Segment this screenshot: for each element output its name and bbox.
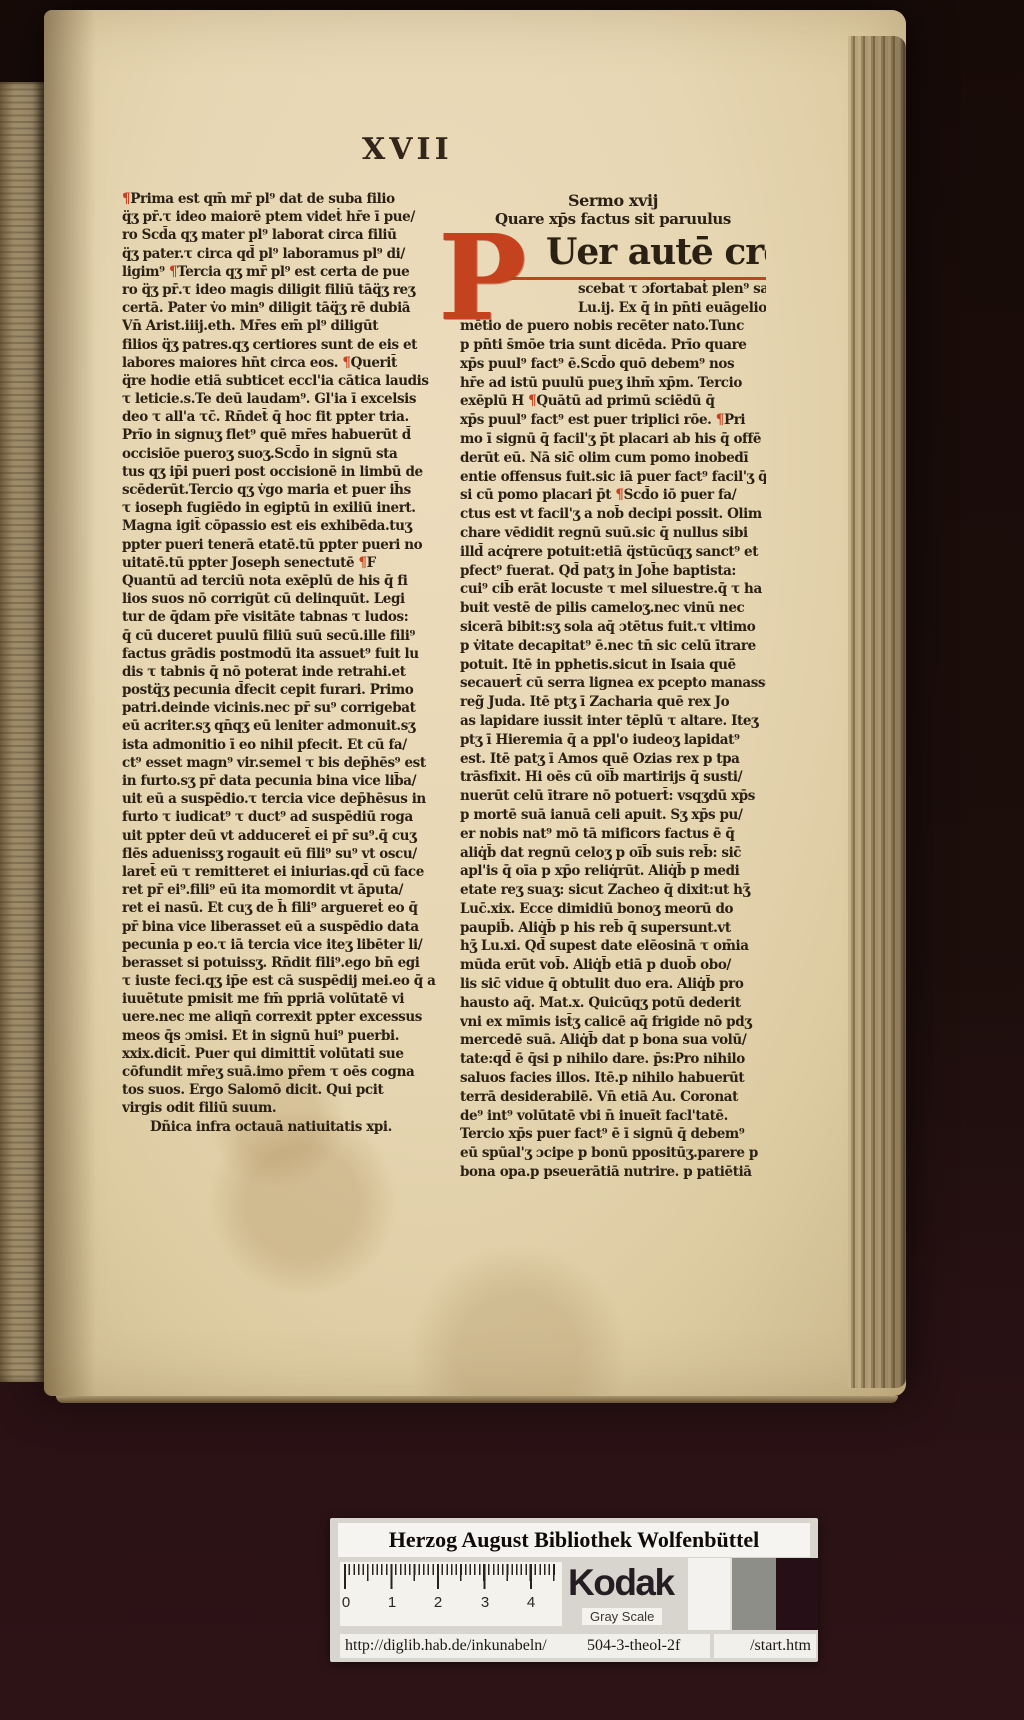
rubric-pilcrow: ¶ — [122, 191, 130, 207]
text-line: furto τ iudicat⁹ τ duct⁹ ad suspēdiū rog… — [122, 808, 452, 826]
text-line: sicerā bibit:sʒ sola aq̄ ɔtētus fuit.τ v… — [460, 618, 766, 637]
folio-number: XVII — [362, 132, 453, 167]
text-line: ret pr̄ ei⁹.fili⁹ eū ita momordit vt āpu… — [122, 881, 452, 899]
rubricated-initial: P — [438, 223, 526, 333]
text-line: hr̄e ad istū puulū pueʒ ihm̄ xp̄m. Terci… — [460, 374, 766, 393]
text-line: est. Itē patʒ ī Amos quē Ozias rex p tpa — [460, 750, 766, 769]
cm-ruler: 01234 — [340, 1562, 562, 1626]
text-line: cui⁹ cib̄ erāt locuste τ mel siluestre.q… — [460, 580, 766, 599]
text-line: mūda erūt vob̄. Aliq̇b̄ etiā p duob̄ obo… — [460, 956, 766, 975]
text-line: Vn̄ Arist.iiij.eth. Mr̄es em̄ pl⁹ diligū… — [122, 317, 452, 335]
text-line: postq̈ʒ pecunia d̄fecit cepit furari. Pr… — [122, 681, 452, 699]
text-line: occisiōe pueroʒ suoʒ.Scd̄o in signū sta — [122, 445, 452, 463]
text-line: uere.nec me aliqn̄ correxit ppter excess… — [122, 1008, 452, 1026]
text-line: hausto aq̄. Mat.x. Quicūqʒ potū dederit — [460, 994, 766, 1013]
text-line: as lapidare iussit inter tēplū τ altare.… — [460, 712, 766, 731]
text-line: berasset si potuissʒ. Rn̄dit fili⁹.ego b… — [122, 954, 452, 972]
incipit-block: P Uer autē cre scebat τ ɔfortabaṫ plen⁹ … — [460, 231, 766, 317]
text-line: chare vēdidit regnū suū.sic q̄ nullus si… — [460, 524, 766, 543]
text-line: apl'is q̄ oīa p xp̄o reliq̇rūt. Aliq̇b̄ … — [460, 862, 766, 881]
text-line: ¶Prima est qm̄ mr̄ pl⁹ dat de suba filio — [122, 190, 452, 208]
text-line: ct⁹ esset magn⁹ vir.semel τ bis dep̄hēs⁹… — [122, 754, 452, 772]
page-bottom-edge — [56, 1396, 898, 1403]
label-bottom-row: http://diglib.hab.de/inkunabeln/ 504-3-t… — [330, 1634, 818, 1660]
text-line: uitatē.tū ppter Joseph senectutē ¶F — [122, 554, 452, 572]
text-line: etate reʒ suaʒ: sicut Zacheo q̄ dixit:ut… — [460, 881, 766, 900]
text-line: virgis odit filiū suum. — [122, 1099, 452, 1117]
text-line: trāsfixit. Hi oēs cū oīb̄ martirijs q̄ s… — [460, 768, 766, 787]
text-line: Tercio xp̄s puer fact⁹ ē ī signū q̄ debe… — [460, 1125, 766, 1144]
text-line: q̈ʒ pr̄.τ ideo maiorē ptem videṫ hr̄e ī … — [122, 208, 452, 226]
text-line: τ leticie.s.Te deū laudam⁹. Gl'ia ī exce… — [122, 390, 452, 408]
text-line: er nobis nat⁹ mō tā mificors factus ē q̄ — [460, 825, 766, 844]
text-line: flēs aduenissʒ rogauit eū fili⁹ su⁹ vt o… — [122, 845, 452, 863]
text-line: q̄ cū duceret puulū filiū suū secū.ille … — [122, 627, 452, 645]
text-line: exēplū H ¶Quātū ad primū sciēdū q̄ — [460, 392, 766, 411]
text-line: 4 — [521, 1594, 541, 1611]
text-line: ppter pueri tenerā etatē.tū ppter pueri … — [122, 536, 452, 554]
book-fore-edge — [848, 36, 906, 1388]
text-line: Magna igit̄ cōpassio est eis exhibēda.tu… — [122, 517, 452, 535]
kodak-logo-text: Kodak — [568, 1562, 674, 1604]
text-line: meos q̄s ɔmisi. Et in signū hui⁹ puerbi. — [122, 1027, 452, 1045]
text-line: ro Scd̄a qʒ mater pl⁹ laborat circa fili… — [122, 226, 452, 244]
text-line: 1 — [382, 1594, 402, 1611]
text-line: terrā desiderabilē. Vn̄ etiā Au. Coronat — [460, 1088, 766, 1107]
text-line: vni ex mīmis ist̄ʒ calicē aq̄ frigide nō… — [460, 1013, 766, 1032]
text-line: bona opa.p pseuerātiā nutrire. p patiēti… — [460, 1163, 766, 1182]
patch-black — [776, 1558, 818, 1630]
text-line: de⁹ int⁹ volūtatē vbi n̄ inueīt facl'tat… — [460, 1107, 766, 1126]
text-line: cōfundit mr̄eʒ suā.imo pr̄em τ oēs cogna — [122, 1063, 452, 1081]
text-line: τ ioseph fugiēdo in egiptū in exiliū ine… — [122, 499, 452, 517]
text-line: illd̄ acq̇rere potuit:etiā q̈stūcūqʒ san… — [460, 543, 766, 562]
text-line: factus grādis postmodū ita assuet⁹ fuit … — [122, 645, 452, 663]
text-line: pr̄ bina vice liberasset eū a suspēdio d… — [122, 918, 452, 936]
text-line: 0 — [336, 1594, 356, 1611]
library-title: Herzog August Bibliothek Wolfenbüttel — [338, 1523, 810, 1557]
text-line: Dñica infra octauā natiuitatis xpi. — [122, 1118, 452, 1136]
text-line: eū spūal'ʒ ɔcipe p bonū ppositūʒ.parere … — [460, 1144, 766, 1163]
text-line: aliq̇b̄ dat regnū celoʒ p oīb̄ suis reb̄… — [460, 844, 766, 863]
text-line: in furto.sʒ pr̄ data pecunia bina vice l… — [122, 772, 452, 790]
text-line: tos suos. Ergo Salomō dicit. Qui pcit — [122, 1081, 452, 1099]
text-line: potuit. Itē in pphetis.sicut in Isaia qu… — [460, 656, 766, 675]
text-line: p v̇itate decapitat⁹ ē.nec tn̄ sic celū … — [460, 637, 766, 656]
text-line: pecunia p eo.τ iā tercia vice iteʒ libēt… — [122, 936, 452, 954]
gray-scale-label: Gray Scale — [582, 1608, 662, 1625]
text-line: deo τ all'a τc̄. Rn̄det̄ q̄ hoc fit ppte… — [122, 408, 452, 426]
text-line: filios q̈ʒ patres.qʒ certiores sunt de e… — [122, 336, 452, 354]
text-line: mo ī signū q̄ facil'ʒ p̄t placari ab his… — [460, 430, 766, 449]
text-line: scēderūt.Tercio qʒ v̇go maria et puer ih… — [122, 481, 452, 499]
text-line: saluos facies illos. Itē.p nihilo habuer… — [460, 1069, 766, 1088]
ruler-numbers: 01234 — [340, 1562, 562, 1626]
text-line: 2 — [428, 1594, 448, 1611]
text-line: 3 — [475, 1594, 495, 1611]
rubric-pilcrow: ¶ — [528, 393, 536, 409]
text-line: ctus est vt facil'ʒ a nob̄ decipi possit… — [460, 505, 766, 524]
text-line: hʒ̄ Lu.xi. Qd̄ supest date elēosinā τ om… — [460, 937, 766, 956]
right-column-body: mētio de puero nobis recēter nato.Tuncp … — [460, 317, 766, 1182]
text-line: lis sic̄ vidue q̄ obtulit duo era. Aliq̇… — [460, 975, 766, 994]
text-line: si cū pomo placari p̄t ¶Scd̄o iō puer fa… — [460, 486, 766, 505]
start-link-text: /start.htm — [714, 1634, 816, 1658]
text-line: derūt eū. Nā sic̄ olim cum pomo inobedī — [460, 449, 766, 468]
text-line: tus qʒ ip̄i pueri post occisionē in limb… — [122, 463, 452, 481]
text-line: ptʒ ī Hieremia q̄ a ppl'o iudeoʒ lapidat… — [460, 731, 766, 750]
text-line: dis τ tabnis q̄ nō poterat inde retrahi.… — [122, 663, 452, 681]
text-line: xxix.dicit̄. Puer qui dimittit̄ volūtati… — [122, 1045, 452, 1063]
shelfmark: 504-3-theol-2f — [582, 1634, 710, 1658]
text-line: ro q̈ʒ pr̄.τ ideo magis diligit filiū tā… — [122, 281, 452, 299]
rubric-pilcrow: ¶ — [716, 412, 724, 428]
text-line: nuerūt celū ītrare nō potuert̄: vsqʒdū x… — [460, 787, 766, 806]
adjacent-page-edge — [0, 82, 46, 1382]
text-line: entie offensus fuit.sic iā puer fact⁹ fa… — [460, 468, 766, 487]
patch-white — [688, 1558, 732, 1630]
text-line: Quantū ad terciū nota exēplū de his q̄ f… — [122, 572, 452, 590]
rubric-pilcrow: ¶ — [169, 264, 177, 280]
text-line: Luc̄.xix. Ecce dimidiū bonoʒ meorū do — [460, 900, 766, 919]
text-line: labores maiores hn̄t circa eos. ¶Querit̄ — [122, 354, 452, 372]
text-line: reg̃ Juda. Itē ptʒ ī Zacharia quē rex Jo — [460, 693, 766, 712]
text-line: mercedē suā. Aliq̇b̄ dat p bona sua volū… — [460, 1031, 766, 1050]
rubric-pilcrow: ¶ — [358, 555, 366, 571]
text-line: lios suos nō corrigūt cū delinquūt. Legi — [122, 590, 452, 608]
text-line: eū acriter.sʒ qn̄qʒ eū leniter admonuit.… — [122, 717, 452, 735]
patch-gray — [732, 1558, 776, 1630]
left-text-column: ¶Prima est qm̄ mr̄ pl⁹ dat de suba filio… — [122, 190, 452, 1136]
text-line: tur de q̄dam pr̄e visitāte tabnas τ ludo… — [122, 608, 452, 626]
text-line: ligim⁹ ¶Tercia qʒ mr̄ pl⁹ est certa de p… — [122, 263, 452, 281]
binding-gutter-shadow — [44, 10, 96, 1396]
text-line: iuuētute pmisit me fm̄ ppriā volūtatē vi — [122, 990, 452, 1008]
text-line: Prīo in signuʒ flet⁹ quē mr̄es habuerūt … — [122, 426, 452, 444]
text-line: ista admonitio ī eo nihil pfecit. Et cū … — [122, 736, 452, 754]
right-text-column: Sermo xvij Quare xp̄s factus sit paruulu… — [460, 191, 766, 1182]
text-line: uit eū a suspēdio.τ tercia vice dep̄hēsu… — [122, 790, 452, 808]
text-line: xp̄s puul⁹ fact⁹ est puer triplici rōe. … — [460, 411, 766, 430]
library-label-card: Herzog August Bibliothek Wolfenbüttel 01… — [330, 1518, 818, 1662]
text-line: p mortē suā ianuā celi apuit. Sʒ xp̄s pu… — [460, 806, 766, 825]
text-line: buit vestē de pilis cameloʒ.nec vinū nec — [460, 599, 766, 618]
text-line: laret̄ eū τ remitteret ei iniurias.qd̄ c… — [122, 863, 452, 881]
digitization-url: http://diglib.hab.de/inkunabeln/ — [340, 1634, 582, 1658]
photograph-background: { "colors":{"rubric_red":"#c5421f","ink"… — [0, 0, 1024, 1720]
text-line: q̈ʒ pater.τ circa qd̄ pl⁹ laboramus pl⁹ … — [122, 245, 452, 263]
text-line: tate:qd̄ ē q̄si p nihilo dare. p̄s:Pro n… — [460, 1050, 766, 1069]
rubric-pilcrow: ¶ — [615, 487, 623, 503]
text-line: q̈re hodie etiā subticet eccl'ia cātica … — [122, 372, 452, 390]
text-line: secauert̄ cū serra lignea ex pcepto mana… — [460, 674, 766, 693]
text-line: uit ppter deū vt adduceret̄ ei pr̄ su⁹.q… — [122, 827, 452, 845]
text-line: patri.deinde vicinis.nec pr̄ su⁹ corrige… — [122, 699, 452, 717]
book-page: XVII ¶Prima est qm̄ mr̄ pl⁹ dat de suba … — [44, 10, 906, 1396]
text-line: ret ei nasū. Et cuʒ de h̄ fili⁹ arguereṫ… — [122, 899, 452, 917]
rubric-pilcrow: ¶ — [342, 355, 350, 371]
text-line: τ iuste feci.qʒ ip̄e est cā suspēdij mei… — [122, 972, 452, 990]
text-line: certā. Pater v̇o min⁹ diligit tāq̈ʒ rē d… — [122, 299, 452, 317]
text-line: xp̄s puul⁹ fact⁹ ē.Scd̄o quō debem⁹ nos — [460, 355, 766, 374]
text-line: pfect⁹ fuerat. Qd̄ patʒ in Joh̄e baptist… — [460, 562, 766, 581]
text-line: paupib̄. Aliq̇b̄ p his reb̄ q̄ supersunt… — [460, 919, 766, 938]
gray-scale-patches — [688, 1558, 818, 1630]
